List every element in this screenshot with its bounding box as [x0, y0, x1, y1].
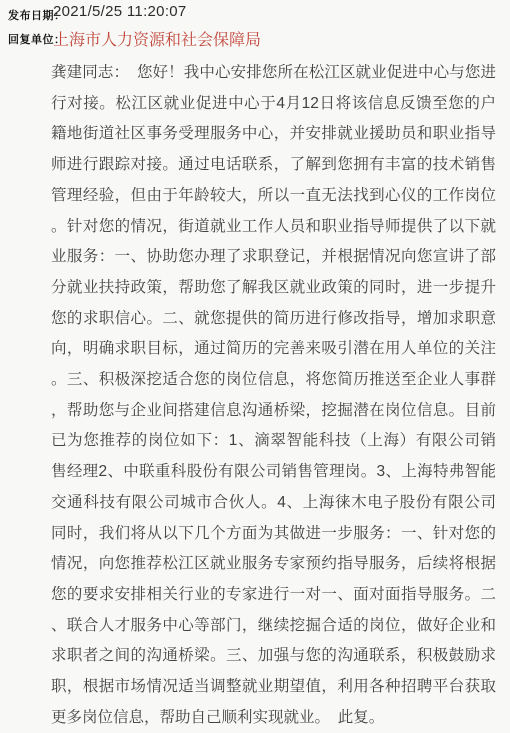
body-text-line: 行对接。松江区就业促进中心于4月12日将该信息反馈至您的户: [51, 89, 496, 120]
body-text-line: 、联合人才服务中心等部门，继续挖掘合适的岗位，做好企业和: [51, 611, 496, 642]
body-text-line: 更多岗位信息，帮助自己顺利实现就业。 此复。: [51, 703, 496, 733]
body-text-line: 同时，我们将从以下几个方面为其做进一步服务：一、针对您的: [51, 519, 496, 550]
body-text-line: ，帮助您与企业间搭建信息沟通桥梁，挖掘潜在岗位信息。目前: [51, 396, 496, 427]
publish-date-value: 2021/5/25 11:20:07: [53, 3, 187, 20]
body-text-line: 分就业扶持政策，帮助您了解我区就业政策的同时，进一步提升: [51, 273, 496, 304]
body-text-line: 向，明确求职目标，通过简历的完善来吸引潜在用人单位的关注: [51, 334, 496, 365]
body-text-line: 。针对您的情况，街道就业工作人员和职业指导师提供了以下就: [51, 212, 496, 243]
body-text-line: 职，根据市场情况适当调整就业期望值，利用各种招聘平台获取: [51, 672, 496, 703]
body-text-line: 龚建同志： 您好！我中心安排您所在松江区就业促进中心与您进: [51, 58, 496, 89]
body-text-line: 管理经验，但由于年龄较大，所以一直无法找到心仪的工作岗位: [51, 181, 496, 212]
body-text-line: 您的求职信心。二、就您提供的简历进行修改指导，增加求职意: [51, 304, 496, 335]
body-text-line: 交通科技有限公司城市合伙人。4、上海徕木电子股份有限公司: [51, 488, 496, 519]
body-text-line: 。三、积极深挖适合您的岗位信息，将您简历推送至企业人事群: [51, 365, 496, 396]
government-reply-document: 发布日期： 2021/5/25 11:20:07 回复单位： 上海市人力资源和社…: [0, 0, 510, 733]
reply-unit-value: 上海市人力资源和社会保障局: [53, 27, 261, 50]
body-text-line: 已为您推荐的岗位如下：1、滴翠智能科技（上海）有限公司销: [51, 426, 496, 457]
body-text-line: 您的要求安排相关行业的专家进行一对一、面对面指导服务。二: [51, 580, 496, 611]
body-text-line: 情况，向您推荐松江区就业服务专家预约指导服务，后续将根据: [51, 549, 496, 580]
body-text-line: 售经理2、中联重科股份有限公司销售管理岗。3、上海特弗智能: [51, 457, 496, 488]
reply-body-text: 龚建同志： 您好！我中心安排您所在松江区就业促进中心与您进行对接。松江区就业促进…: [51, 58, 496, 733]
body-text-line: 师进行跟踪对接。通过电话联系，了解到您拥有丰富的技术销售: [51, 150, 496, 181]
body-text-line: 业服务：一、协助您办理了求职登记，并根据情况向您宣讲了部: [51, 242, 496, 273]
body-text-line: 求职者之间的沟通桥梁。三、加强与您的沟通联系，积极鼓励求: [51, 641, 496, 672]
body-text-line: 籍地街道社区事务受理服务中心，并安排就业援助员和职业指导: [51, 119, 496, 150]
